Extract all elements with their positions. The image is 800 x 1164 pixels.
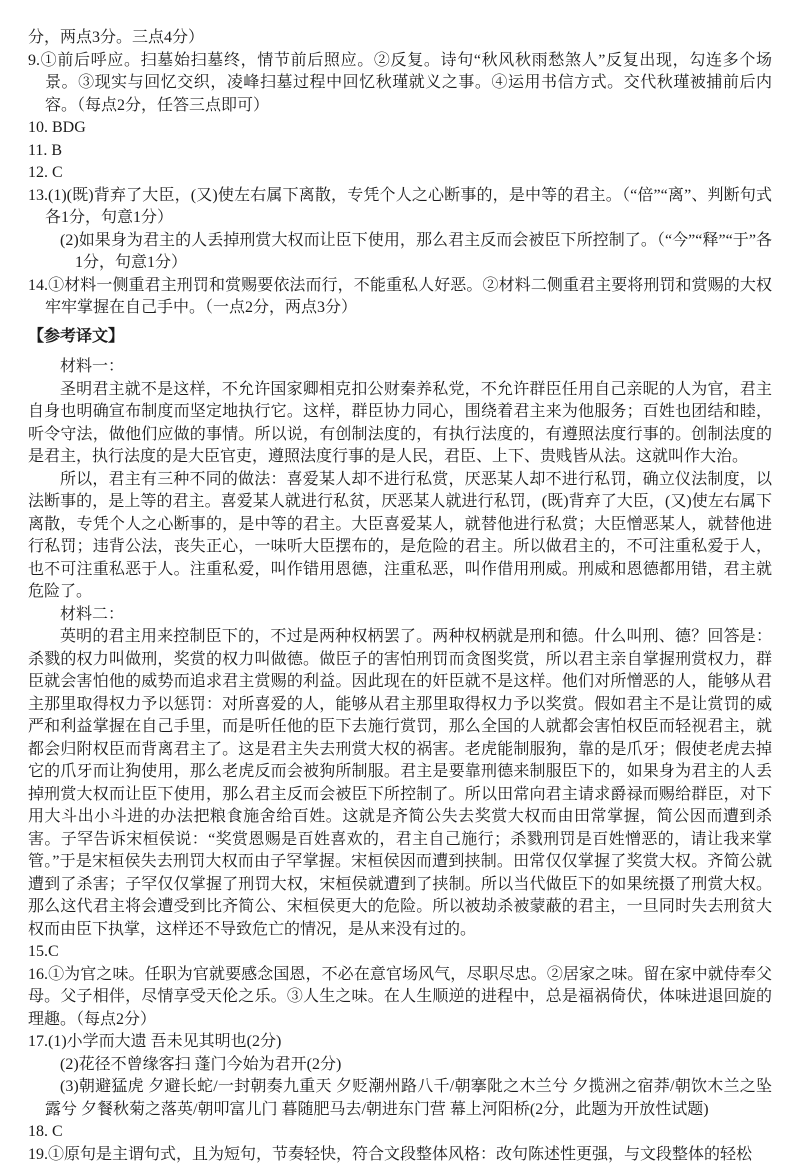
answer-19: 19.①原句是主谓句式，且为短句，节奏轻快，符合文段整体风格：改句陈述性更强，与… bbox=[28, 1144, 772, 1164]
answer-17-3: (3)朝避猛虎 夕避长蛇/一封朝奏九重天 夕贬潮州路八千/朝搴阰之木兰兮 夕揽洲… bbox=[28, 1076, 772, 1121]
material-1-label: 材料一： bbox=[28, 356, 772, 379]
answer-13-1: 13.(1)(既)背弃了大臣，(又)使左右属下离散，专凭个人之心断事的，是中等的… bbox=[28, 185, 772, 230]
answer-15: 15.C bbox=[28, 941, 772, 964]
material-2-label: 材料二： bbox=[28, 604, 772, 627]
answer-18: 18. C bbox=[28, 1121, 772, 1144]
material-2-paragraph: 英明的君主用来控制臣下的，不过是两种权柄罢了。两种权柄就是刑和德。什么叫刑、德？… bbox=[28, 626, 772, 941]
score-note-carryover: 分，两点3分。三点4分） bbox=[28, 27, 772, 50]
answer-11: 11. B bbox=[28, 140, 772, 163]
answer-10: 10. BDG bbox=[28, 117, 772, 140]
material-1-paragraph-2: 所以，君主有三种不同的做法：喜爱某人却不进行私赏，厌恶某人却不进行私罚，确立仪法… bbox=[28, 469, 772, 604]
answer-13-2: (2)如果身为君主的人丢掉刑赏大权而让臣下使用，那么君主反而会被臣下所控制了。（… bbox=[28, 230, 772, 275]
answer-17-1: 17.(1)小学而大遗 吾未见其明也(2分) bbox=[28, 1031, 772, 1054]
reference-translation-header: 【参考译文】 bbox=[28, 326, 772, 349]
answer-9: 9.①前后呼应。扫墓始扫墓终，情节前后照应。②反复。诗句“秋风秋雨愁煞人”反复出… bbox=[28, 50, 772, 118]
answer-key-page: 分，两点3分。三点4分）9.①前后呼应。扫墓始扫墓终，情节前后照应。②反复。诗句… bbox=[0, 0, 800, 1164]
answer-14: 14.①材料一侧重君主刑罚和赏赐要依法而行，不能重私人好恶。②材料二侧重君主要将… bbox=[28, 275, 772, 320]
answer-12: 12. C bbox=[28, 162, 772, 185]
material-1-paragraph-1: 圣明君主就不是这样，不允许国家卿相克扣公财秦养私党，不允许群臣任用自己亲昵的人为… bbox=[28, 379, 772, 469]
answer-16: 16.①为官之味。任职为官就要感念国恩，不必在意官场风气，尽职尽忠。②居家之味。… bbox=[28, 964, 772, 1032]
answer-17-2: (2)花径不曾缘客扫 蓬门今始为君开(2分) bbox=[60, 1054, 772, 1077]
